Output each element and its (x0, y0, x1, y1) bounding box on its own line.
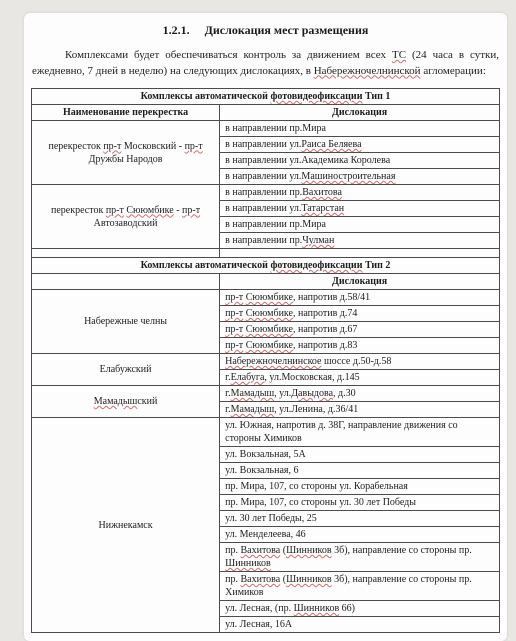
location-cell: Набережночелнинское шоссе д.50-д.58 (220, 354, 500, 370)
table-row: Нижнекамск ул. Южная, напротив д. 38Г, н… (32, 418, 500, 447)
col-header-intersection: Наименование перекрестка (32, 105, 220, 121)
location-cell: г.Елабуга, ул.Московская, д.145 (220, 370, 500, 386)
intro-paragraph: Комплексами будет обеспечиваться контрол… (32, 48, 499, 79)
location-cell: в направлении ул.Татарстан (220, 201, 500, 217)
district-name-cell: Мамадышский (32, 386, 220, 418)
table1-header-row: Наименование перекрестка Дислокация (32, 105, 500, 121)
table-row: Мамадышский г.Мамадыш, ул.Давыдова, д.30 (32, 386, 500, 402)
table-row: перекресток пр-т Московский - пр-т Дружб… (32, 121, 500, 137)
location-cell: в направлении пр.Чулман (220, 233, 500, 249)
section-title: Дислокация мест размещения (205, 23, 369, 37)
district-name-cell: Нижнекамск (32, 418, 220, 600)
table-row: Елабужский Набережночелнинское шоссе д.5… (32, 354, 500, 370)
table2-title-row: Комплексы автоматической фотовидеофиксац… (32, 258, 500, 274)
location-cell: в направлении пр.Вахитова (220, 185, 500, 201)
document-page: 1.2.1.Дислокация мест размещения Комплек… (24, 13, 507, 600)
location-cell: в направлении ул.Академика Королева (220, 153, 500, 169)
table-row: Набережные челны пр-т Сююмбике, напротив… (32, 290, 500, 306)
location-cell: пр. Мира, 107, со стороны ул. 30 лет Поб… (220, 495, 500, 511)
intersection-name-cell: перекресток пр-т Сююмбике - пр-т Автозав… (32, 185, 220, 249)
location-cell: в направлении пр.Мира (220, 217, 500, 233)
intersection-name-cell: перекресток пр-т Московский - пр-т Дружб… (32, 121, 220, 185)
table-row: перекресток пр-т Сююмбике - пр-т Автозав… (32, 185, 500, 201)
location-cell: ул. Южная, напротив д. 38Г, направление … (220, 418, 500, 447)
location-cell: в направлении пр.Мира (220, 121, 500, 137)
location-cell: в направлении ул.Раиса Беляева (220, 137, 500, 153)
location-cell: пр-т Сююмбике, напротив д.83 (220, 338, 500, 354)
location-cell: пр. Вахитова (Шинников 3б), направление … (220, 572, 500, 600)
location-cell: ул. Менделеева, 46 (220, 527, 500, 543)
location-cell: пр. Мира, 107, со стороны ул. Корабельна… (220, 479, 500, 495)
location-cell: г.Мамадыш, ул.Давыдова, д.30 (220, 386, 500, 402)
location-cell: г.Мамадыш, ул.Ленина, д.36/41 (220, 402, 500, 418)
location-cell: пр-т Сююмбике, напротив д.74 (220, 306, 500, 322)
empty-cell (32, 274, 220, 290)
empty-cell (220, 249, 500, 258)
location-cell: ул. Вокзальная, 6 (220, 463, 500, 479)
spacer-row (32, 249, 500, 258)
section-number: 1.2.1. (163, 23, 190, 37)
location-cell: в направлении ул.Машиностроительная (220, 169, 500, 185)
table1-title-row: Комплексы автоматической фотовидеофиксац… (32, 89, 500, 105)
location-cell: пр-т Сююмбике, напротив д.58/41 (220, 290, 500, 306)
location-cell: пр-т Сююмбике, напротив д.67 (220, 322, 500, 338)
table1-title: Комплексы автоматической фотовидеофиксац… (32, 89, 500, 105)
table2-title: Комплексы автоматической фотовидеофиксац… (32, 258, 500, 274)
col-header-dislocation: Дислокация (220, 274, 500, 290)
table2-header-row: Дислокация (32, 274, 500, 290)
location-cell: ул. 30 лет Победы, 25 (220, 511, 500, 527)
district-name-cell: Елабужский (32, 354, 220, 386)
empty-cell (32, 249, 220, 258)
district-name-cell: Набережные челны (32, 290, 220, 354)
location-cell: ул. Вокзальная, 5А (220, 447, 500, 463)
col-header-dislocation: Дислокация (220, 105, 500, 121)
section-heading: 1.2.1.Дислокация мест размещения (31, 23, 500, 38)
location-cell: пр. Вахитова (Шинников 3б), направление … (220, 543, 500, 572)
dislocation-table: Комплексы автоматической фотовидеофиксац… (31, 88, 500, 600)
